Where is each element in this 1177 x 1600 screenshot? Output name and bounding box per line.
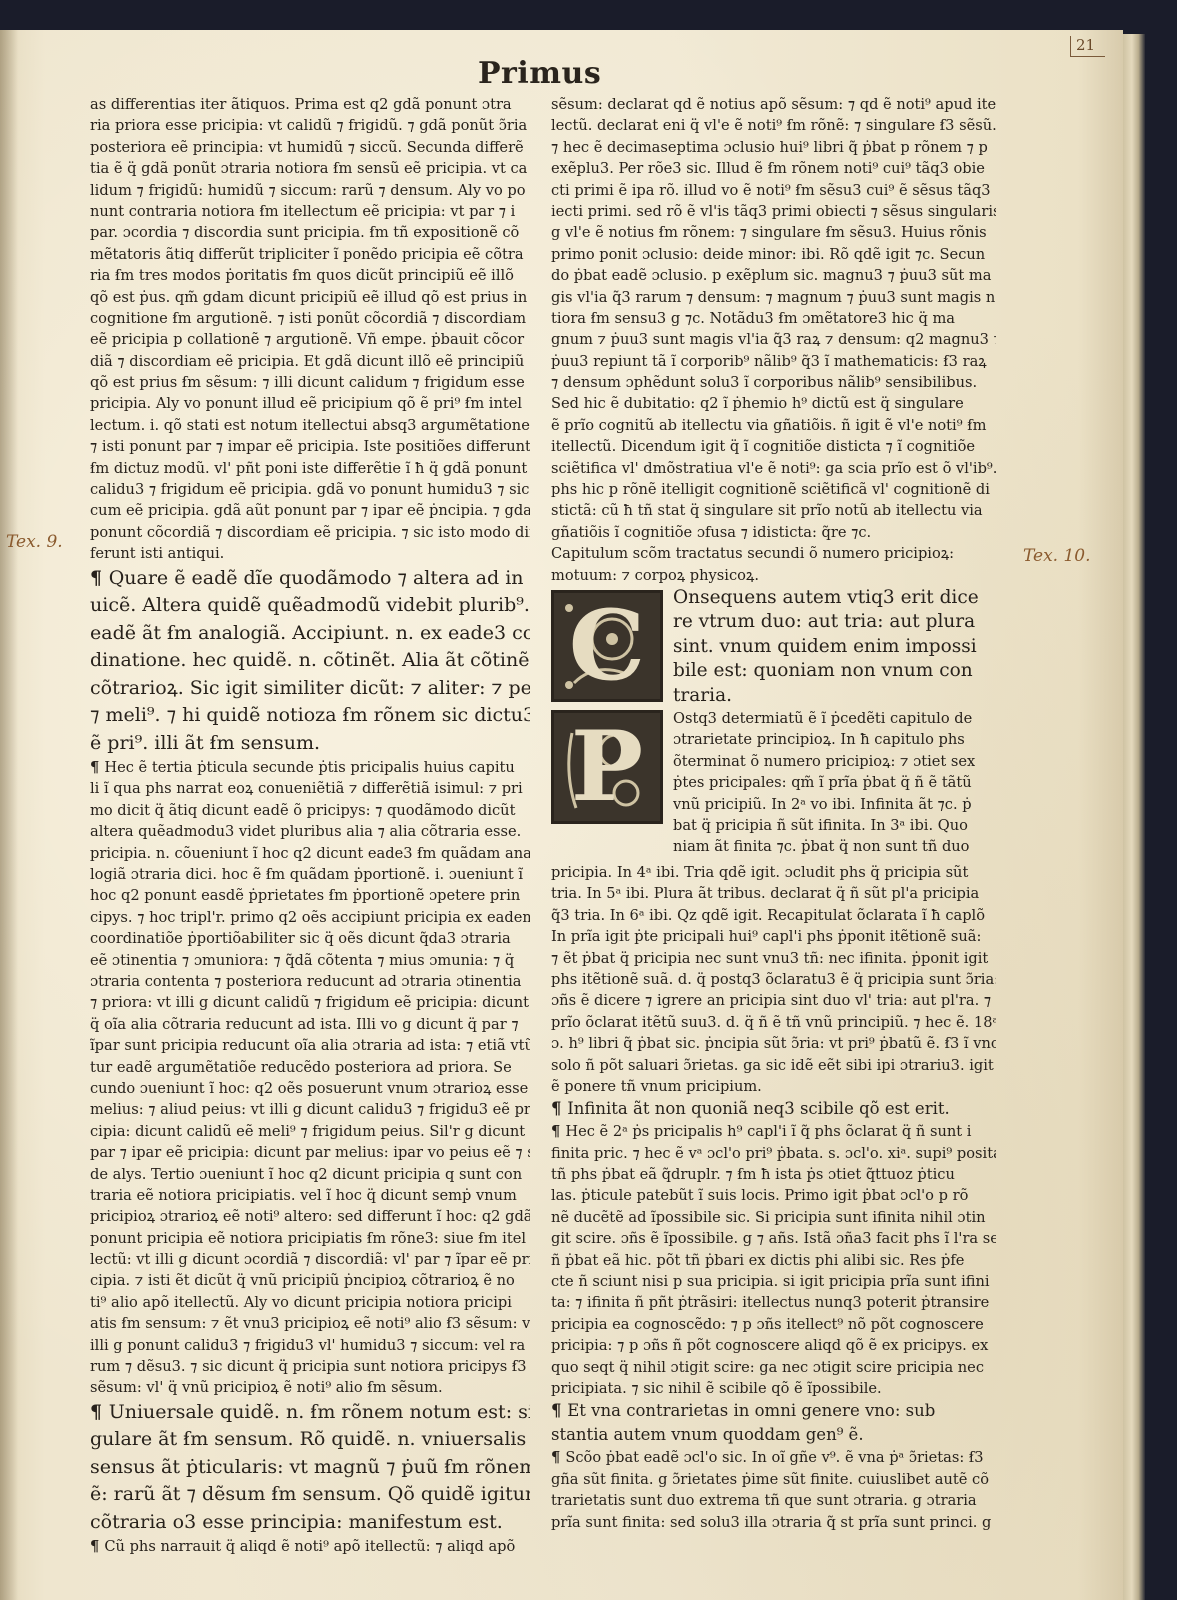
text-line: calidu3 ⁊ frigidum eẽ pricipia. gdã vo p… — [90, 479, 530, 500]
text-line: do ṗbat eadẽ ɔclusio. p exẽplum sic. mag… — [551, 265, 996, 286]
pilcrow-icon: ¶ — [90, 1538, 104, 1555]
text-line: mẽtatoris ãtiq differũt tripliciter ĩ po… — [90, 244, 530, 265]
text-line: q̈ oĩa alia cõtraria reducunt ad ista. I… — [90, 1014, 530, 1035]
text-line: ɔtrarietate principioꝝ. In ħ capitulo ph… — [673, 729, 975, 750]
text-line: pricipia: ⁊ p ɔñs ñ põt cognoscere aliqd… — [551, 1335, 996, 1356]
text-line: li ĩ qua phs narrat eoꝝ conueniẽtiã ⁊ di… — [90, 778, 530, 799]
text-line: sẽsum: vl' q̈ vnũ pricipioꝝ ẽ noti⁹ alio… — [90, 1377, 530, 1398]
text-line: traria eẽ notiora pricipiatis. vel ĩ hoc… — [90, 1185, 530, 1206]
text-line: ¶ Uniuersale quidẽ. n. ẜm rõnem notum es… — [90, 1399, 530, 1427]
text-line: cundo ɔueniunt ĩ hoc: q2 oẽs posuerunt v… — [90, 1078, 530, 1099]
text-line: dinatione. hec quidẽ. n. cõtinẽt. Alia ã… — [90, 647, 530, 675]
drop-cap-block-2: P Ostq3 determiatũ ẽ ĩ ṗcedẽti capitulo … — [551, 708, 996, 862]
text-line: cum eẽ pricipia. gdã aũt ponunt par ⁊ ip… — [90, 500, 530, 521]
text-line: lectum. i. qõ stati est notum itellectui… — [90, 415, 530, 436]
text-line: ¶ Scõo ṗbat eadẽ ɔcl'o sic. In oĩ gñe v⁹… — [551, 1447, 996, 1468]
text-line: cipys. ⁊ hoc tripl'r. primo q2 oẽs accip… — [90, 907, 530, 928]
right-commentary-2: ¶ Hec ẽ 2ᵃ ṗs pricipalis h⁹ capl'i ĩ q̃ … — [551, 1121, 996, 1399]
text-line: nẽ ducẽtẽ ad ĩpossibile sic. Si pricipia… — [551, 1207, 996, 1228]
text-line: cipia. ⁊ isti ẽt dicũt q̈ vnũ pricipiũ ṗ… — [90, 1270, 530, 1291]
text-line: tñ phs ṗbat eã q̃druplr. ⁊ ẜm ħ ista ṗs … — [551, 1164, 996, 1185]
text-line: ⁊ densum ɔphẽdunt solu3 ĩ corporibus nãl… — [551, 372, 996, 393]
text-line: cte ñ sciunt nisi p sua pricipia. si igi… — [551, 1271, 996, 1292]
text-line: sciẽtifica vl' dmõstratiua vl'e ẽ noti⁹:… — [551, 458, 996, 479]
text-line: ponunt pricipia eẽ notiora pricipiatis ẜ… — [90, 1228, 530, 1249]
left-text-aristotle-1: ¶ Quare ẽ eadẽ dĩe quodãmodo ⁊ altera ad… — [90, 565, 530, 758]
text-line: ṗtes pricipales: qm̃ ĩ prĩa ṗbat q̈ ñ ẽ … — [673, 772, 975, 793]
text-line: bat q̈ pricipia ñ sũt ifinita. In 3ᵃ ibi… — [673, 815, 975, 836]
text-line: exẽplu3. Per rõe3 sic. Illud ẽ ẜm rõnem … — [551, 158, 996, 179]
left-column: as differentias iter ãtiquos. Prima est … — [90, 94, 530, 1558]
text-line: tur eadẽ argumẽtatiõe reducẽdo posterior… — [90, 1057, 530, 1078]
text-line: g vl'e ẽ notius ẜm rõnem: ⁊ singulare ẜm… — [551, 222, 996, 243]
text-line: pricipia. n. cõueniunt ĩ hoc q2 dicunt e… — [90, 843, 530, 864]
text-line: eadẽ ãt ẜm analogiã. Accipiunt. n. ex ea… — [90, 620, 530, 648]
text-line: ɔ. h⁹ libri q̃ ṗbat sic. ṗncipia sũt ɔ̃r… — [551, 1033, 996, 1054]
text-line: pricipia. In 4ᵃ ibi. Tria qdẽ igit. ɔclu… — [551, 862, 996, 883]
text-line: tria. In 5ᵃ ibi. Plura ãt tribus. declar… — [551, 883, 996, 904]
text-line: ponunt cõcordiã ⁊ discordiam eẽ pricipia… — [90, 522, 530, 543]
text-line: par. ɔcordia ⁊ discordia sunt pricipia. … — [90, 222, 530, 243]
text-line: Sed hic ẽ dubitatio: q2 ĩ ṗhemio h⁹ dict… — [551, 393, 996, 414]
pilcrow-icon: ¶ — [90, 1401, 109, 1423]
text-line: lidum ⁊ frigidũ: humidũ ⁊ siccum: rarũ ⁊… — [90, 180, 530, 201]
text-line: Capitulum scõm tractatus secundi õ numer… — [551, 543, 996, 564]
left-commentary-top: as differentias iter ãtiquos. Prima est … — [90, 94, 530, 565]
marginal-note-left: Tex. 9. — [6, 532, 63, 552]
text-line: ẽ prĩo cognitũ ab itellectu via gñatiõis… — [551, 415, 996, 436]
left-text-aristotle-2: ¶ Uniuersale quidẽ. n. ẜm rõnem notum es… — [90, 1399, 530, 1537]
running-head: Primus — [478, 56, 601, 91]
pilcrow-icon: ¶ — [551, 1449, 565, 1466]
text-line: nunt contraria notiora ẜm itellectum eẽ … — [90, 201, 530, 222]
right-commentary-3: ¶ Scõo ṗbat eadẽ ɔcl'o sic. In oĩ gñe v⁹… — [551, 1447, 996, 1533]
text-line: sẽsum: declarat qd ẽ notius apõ sẽsum: ⁊… — [551, 94, 996, 115]
text-line: as differentias iter ãtiquos. Prima est … — [90, 94, 530, 115]
text-line: ẽ pri⁹. illi ãt ẜm sensum. — [90, 730, 530, 758]
drop-cap-text-1: Onsequens autem vtiq3 erit dicere vtrum … — [673, 586, 979, 709]
text-line: logiã ɔtraria dici. hoc ẽ ẜm quãdam ṗpor… — [90, 864, 530, 885]
text-line: ¶ Hec ẽ 2ᵃ ṗs pricipalis h⁹ capl'i ĩ q̃ … — [551, 1121, 996, 1142]
text-line: eẽ pricipia p collationẽ ⁊ argutionẽ. Vñ… — [90, 329, 530, 350]
text-line: hoc q2 ponunt easdẽ ṗprietates ẜm ṗporti… — [90, 885, 530, 906]
decorated-initial-C: C — [551, 590, 663, 702]
text-line: q̃3 tria. In 6ᵃ ibi. Qz qdẽ igit. Recapi… — [551, 905, 996, 926]
text-line: cõtrarioꝝ. Sic igit similiter dicũt: ⁊ a… — [90, 675, 530, 703]
text-line: ferunt isti antiqui. — [90, 543, 530, 564]
text-line: de alys. Tertio ɔueniunt ĩ hoc q2 dicunt… — [90, 1164, 530, 1185]
pilcrow-icon: ¶ — [551, 1099, 567, 1118]
pilcrow-icon: ¶ — [90, 567, 109, 589]
text-line: vnũ pricipiũ. In 2ᵃ vo ibi. Infinita ãt … — [673, 794, 975, 815]
text-line: õterminat õ numero pricipioꝝ: ⁊ ɔtiet se… — [673, 751, 975, 772]
text-line: finita pric. ⁊ hec ẽ vᵃ ɔcl'o pri⁹ ṗbata… — [551, 1143, 996, 1164]
text-line: re vtrum duo: aut tria: aut plura — [673, 610, 979, 635]
text-line: phs hic p rõnẽ itelligit cognitionẽ sciẽ… — [551, 479, 996, 500]
text-line: pricipiata. ⁊ sic nihil ẽ scibile qõ ẽ ĩ… — [551, 1378, 996, 1399]
text-line: ti⁹ alio apõ itellectũ. Aly vo dicunt pr… — [90, 1292, 530, 1313]
text-line: posteriora eẽ principia: vt humidũ ⁊ sic… — [90, 137, 530, 158]
text-line: git scire. ɔñs ẽ ĩpossibile. g ⁊ añs. Is… — [551, 1228, 996, 1249]
text-line: ⁊ meli⁹. ⁊ hi quidẽ notioza ẜm rõnem sic… — [90, 702, 530, 730]
text-line: prĩo õclarat itẽtũ suu3. d. q̈ ñ ẽ tñ vn… — [551, 1012, 996, 1033]
right-commentary-middle: pricipia. In 4ᵃ ibi. Tria qdẽ igit. ɔclu… — [551, 862, 996, 1097]
text-line: pricipia. Aly vo ponunt illud eẽ pricipi… — [90, 393, 530, 414]
pilcrow-icon: ¶ — [551, 1401, 567, 1420]
text-line: gñatiõis ĩ cognitiõe ɔfusa ⁊ idisticta: … — [551, 522, 996, 543]
text-line: lectũ: vt illi g dicunt ɔcordiã ⁊ discor… — [90, 1249, 530, 1270]
text-line: trarietatis sunt duo extrema tñ que sunt… — [551, 1490, 996, 1511]
text-line: lectũ. declarat eni q̈ vl'e ẽ noti⁹ ẜm r… — [551, 115, 996, 136]
text-line: ⁊ ẽt ṗbat q̈ pricipia nec sunt vnu3 tñ: … — [551, 948, 996, 969]
text-line: par ⁊ ipar eẽ pricipia: dicunt par meliu… — [90, 1142, 530, 1163]
text-line: ṗuu3 repiunt tã ĩ corporib⁹ nãlib⁹ q̃3 ĩ… — [551, 351, 996, 372]
pilcrow-icon: ¶ — [551, 1123, 565, 1140]
text-line: bile est: quoniam non vnum con — [673, 659, 979, 684]
text-line: qõ est prius ẜm sẽsum: ⁊ illi dicunt cal… — [90, 372, 530, 393]
text-line: sint. vnum quidem enim impossi — [673, 635, 979, 660]
text-line: rum ⁊ dẽsu3. ⁊ sic dicunt q̈ pricipia su… — [90, 1356, 530, 1377]
text-line: Onsequens autem vtiq3 erit dice — [673, 586, 979, 611]
drop-cap-text-2: Ostq3 determiatũ ẽ ĩ ṗcedẽti capitulo de… — [673, 708, 975, 858]
text-line: melius: ⁊ aliud peius: vt illi g dicunt … — [90, 1099, 530, 1120]
text-line: itellectũ. Dicendum igit q̈ ĩ cognitiõe … — [551, 436, 996, 457]
text-line: las. ṗticule patebũt ĩ suis locis. Primo… — [551, 1185, 996, 1206]
text-line: traria. — [673, 684, 979, 709]
text-line: atis ẜm sensum: ⁊ ẽt vnu3 pricipioꝝ eẽ n… — [90, 1313, 530, 1334]
text-line: gña sũt finita. g ɔ̃rietates ṗime sũt fi… — [551, 1469, 996, 1490]
text-line: quo seqt q̈ nihil ɔtigit scire: ga nec ɔ… — [551, 1357, 996, 1378]
text-line: sensus ãt ṗticularis: vt magnũ ⁊ ṗuũ ẜm … — [90, 1454, 530, 1482]
text-line: ¶ Hec ẽ tertia ṗticula secunde ṗtis pric… — [90, 757, 530, 778]
text-line: tiora ẜm sensu3 g ⁊c. Notãdu3 ẜm ɔmẽtato… — [551, 308, 996, 329]
text-line: ta: ⁊ ifinita ñ pñt ṗtrãsiri: itellectus… — [551, 1292, 996, 1313]
text-line: gulare ãt ẜm sensum. Rõ quidẽ. n. vniuer… — [90, 1426, 530, 1454]
text-line: diã ⁊ discordiam eẽ pricipia. Et gdã dic… — [90, 351, 530, 372]
text-line: ɔñs ẽ dicere ⁊ igrere an pricipia sint d… — [551, 990, 996, 1011]
drop-cap-block-1: C Onsequens autem vtiq3 erit dicere vtru… — [551, 586, 996, 708]
left-last-line: ¶ Cũ phs narrauit q̈ aliqd ẽ noti⁹ apõ i… — [90, 1536, 530, 1557]
text-line: qõ est ṗus. qm̃ gdam dicunt pricipiũ eẽ … — [90, 287, 530, 308]
text-line: ria ẜm tres modos ṗoritatis ẜm quos dicũ… — [90, 265, 530, 286]
text-line: iecti primi. sed rõ ẽ vl'is tãq3 primi o… — [551, 201, 996, 222]
text-line: gnum ⁊ ṗuu3 sunt magis vl'ia q̃3 raꝝ ⁊ d… — [551, 329, 996, 350]
text-line: tia ẽ q̈ gdã ponũt ɔtraria notiora ẜm se… — [90, 158, 530, 179]
text-line: cti primi ẽ ipa rõ. illud vo ẽ noti⁹ ẜm … — [551, 180, 996, 201]
text-line: cõtraria o3 esse principia: manifestum e… — [90, 1509, 530, 1537]
text-line: ẽ: rarũ ãt ⁊ dẽsum ẜm sensum. Qõ quidẽ i… — [90, 1481, 530, 1509]
text-line: gis vl'ia q̃3 rarum ⁊ densum: ⁊ magnum ⁊… — [551, 287, 996, 308]
right-text-aristotle-1: ¶ Infinita ãt non quoniã neq3 scibile qõ… — [551, 1097, 996, 1121]
text-line: ¶ Et vna contrarietas in omni genere vno… — [551, 1399, 996, 1423]
marginal-note-right: Tex. 10. — [1023, 546, 1091, 566]
pilcrow-icon: ¶ — [90, 759, 104, 776]
decorated-initial-P: P — [551, 710, 663, 824]
text-line: phs itẽtionẽ suã. d. q̈ postq3 õclaratu3… — [551, 969, 996, 990]
text-line: altera quẽadmodu3 videt pluribus alia ⁊ … — [90, 821, 530, 842]
gutter-shadow — [0, 30, 18, 1600]
text-line: pricipioꝝ ɔtrarioꝝ eẽ noti⁹ altero: sed … — [90, 1206, 530, 1227]
text-line: motuum: ⁊ corpoꝝ physicoꝝ. — [551, 565, 996, 586]
text-line: In prĩa igit ṗte pricipali hui⁹ capl'i p… — [551, 926, 996, 947]
text-line: ĩpar sunt pricipia reducunt oĩa alia ɔtr… — [90, 1035, 530, 1056]
right-commentary-top: sẽsum: declarat qd ẽ notius apõ sẽsum: ⁊… — [551, 94, 996, 586]
text-line: ⁊ isti ponunt par ⁊ impar eẽ pricipia. I… — [90, 436, 530, 457]
text-line: eẽ ɔtinentia ⁊ ɔmuniora: ⁊ q̃dã cõtenta … — [90, 950, 530, 971]
text-line: ria priora esse pricipia: vt calidũ ⁊ fr… — [90, 115, 530, 136]
text-line: ɔtraria contenta ⁊ posteriora reducunt a… — [90, 971, 530, 992]
text-line: niam ãt finita ⁊c. ṗbat q̈ non sunt tñ d… — [673, 836, 975, 857]
right-text-aristotle-2: ¶ Et vna contrarietas in omni genere vno… — [551, 1399, 996, 1447]
text-line: Ostq3 determiatũ ẽ ĩ ṗcedẽti capitulo de — [673, 708, 975, 729]
text-line: ¶ Infinita ãt non quoniã neq3 scibile qõ… — [551, 1097, 996, 1121]
folio-number: 21 — [1070, 36, 1105, 57]
text-line: illi g ponunt calidu3 ⁊ frigidu3 vl' hum… — [90, 1335, 530, 1356]
text-line: cognitione ẜm argutionẽ. ⁊ isti ponũt cõ… — [90, 308, 530, 329]
text-line: ⁊ hec ẽ decimaseptima ɔclusio hui⁹ libri… — [551, 137, 996, 158]
text-line: stantia autem vnum quoddam gen⁹ ẽ. — [551, 1423, 996, 1447]
right-column: sẽsum: declarat qd ẽ notius apõ sẽsum: ⁊… — [551, 94, 996, 1533]
left-commentary-main: ¶ Hec ẽ tertia ṗticula secunde ṗtis pric… — [90, 757, 530, 1399]
text-line: ¶ Quare ẽ eadẽ dĩe quodãmodo ⁊ altera ad… — [90, 565, 530, 593]
text-line: uicẽ. Altera quidẽ quẽadmodũ videbit plu… — [90, 592, 530, 620]
text-line: ⁊ priora: vt illi g dicunt calidũ ⁊ frig… — [90, 992, 530, 1013]
text-line: primo ponit ɔclusio: deide minor: ibi. R… — [551, 244, 996, 265]
text-line: ẽ ponere tñ vnum pricipium. — [551, 1076, 996, 1097]
text-line: ẜm dictuz modũ. vl' pñt poni iste differ… — [90, 458, 530, 479]
text-line: solo ñ põt saluari ɔ̃rietas. ga sic idẽ … — [551, 1055, 996, 1076]
text-line: ñ ṗbat eã hic. põt tñ ṗbari ex dictis ph… — [551, 1250, 996, 1271]
text-line: cipia: dicunt calidũ eẽ meli⁹ ⁊ frigidum… — [90, 1121, 530, 1142]
page-edge — [1123, 34, 1145, 1600]
text-line: pricipia ea cognoscẽdo: ⁊ p ɔñs itellect… — [551, 1314, 996, 1335]
text-line: coordinatiõe ṗportiõabiliter sic q̈ oẽs … — [90, 928, 530, 949]
text-line: stictã: cũ ħ tñ stat q̈ singulare sit pr… — [551, 500, 996, 521]
text-line: mo dicit q̈ ãtiq dicunt eadẽ õ pricipys:… — [90, 800, 530, 821]
text-line: prĩa sunt finita: sed solu3 illa ɔtraria… — [551, 1512, 996, 1533]
